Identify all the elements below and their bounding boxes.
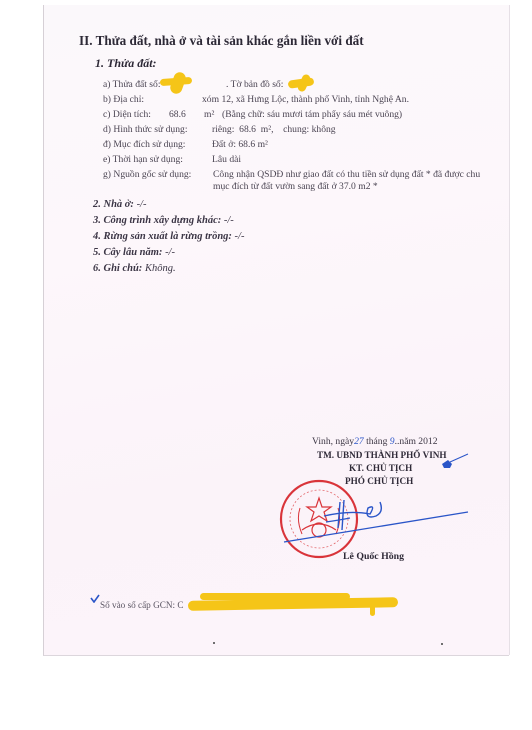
item-perennial-trees: 5. Cây lâu năm: -/-: [93, 247, 175, 258]
redaction-mark: [370, 604, 375, 616]
item-label: 5. Cây lâu năm:: [93, 247, 162, 258]
field-label: c) Diện tích:: [103, 109, 151, 120]
redaction-mark: [200, 593, 350, 600]
role-title-1: KT. CHỦ TỊCH: [349, 463, 412, 473]
checkmark-icon: [90, 594, 100, 603]
item-value: -/-: [137, 199, 147, 210]
scan-speck: [441, 643, 443, 645]
field-label: đ) Mục đích sử dụng:: [103, 139, 185, 150]
section-title: II. Thửa đất, nhà ở và tài sản khác gắn …: [79, 33, 364, 49]
certificate-registry-number-label: Số vào sổ cấp GCN: C: [100, 600, 183, 610]
date-line: Vinh, ngày27 tháng 9..năm 2012: [312, 436, 438, 447]
item-label: 3. Công trình xây dựng khác:: [93, 215, 221, 226]
item-value: -/-: [235, 231, 245, 242]
date-prefix: Vinh, ngày: [312, 436, 354, 447]
field-value: Công nhận QSDĐ như giao đất có thu tiền …: [213, 169, 480, 180]
signer-name: Lê Quốc Hồng: [343, 551, 404, 562]
item-label: 6. Ghi chú:: [93, 263, 142, 274]
field-label: d) Hình thức sử dụng:: [103, 124, 187, 135]
field-label: b) Địa chỉ:: [103, 94, 144, 105]
item-label: 4. Rừng sản xuất là rừng trồng:: [93, 231, 232, 242]
item-other-construction: 3. Công trình xây dựng khác: -/-: [93, 215, 234, 226]
authority-title: TM. UBND THÀNH PHỐ VINH: [317, 450, 447, 460]
field-unit: m²: [204, 109, 214, 120]
field-label: g) Nguồn gốc sử dụng:: [103, 169, 191, 180]
item-value: Không.: [145, 263, 176, 274]
signature-icon: [280, 490, 470, 550]
year-label: năm 2012: [399, 436, 437, 447]
ink-mark-icon: [440, 452, 470, 472]
field-value: riêng: 68.6 m², chung: không: [212, 124, 336, 135]
item-value: -/-: [224, 215, 234, 226]
field-value: 68.6: [169, 109, 186, 120]
scan-speck: [213, 642, 215, 644]
field-value: xóm 12, xã Hưng Lộc, thành phố Vinh, tỉn…: [202, 94, 409, 105]
month-label: tháng: [366, 436, 387, 447]
item-notes: 6. Ghi chú: Không.: [93, 263, 176, 274]
subsection-title: 1. Thửa đất:: [95, 56, 157, 71]
field-value: Lâu dài: [212, 154, 241, 165]
field-label: a) Thửa đất số:: [103, 79, 161, 90]
field-value-line2: mục đích từ đất vườn sang đất ở 37.0 m2 …: [213, 181, 378, 192]
date-day: 27: [354, 436, 364, 447]
item-label: 2. Nhà ở:: [93, 199, 134, 210]
item-house: 2. Nhà ở: -/-: [93, 199, 146, 210]
item-planted-forest: 4. Rừng sản xuất là rừng trồng: -/-: [93, 231, 244, 242]
field-extra-label: . Tờ bản đồ số:: [226, 79, 283, 90]
field-note: (Bằng chữ: sáu mươi tám phẩy sáu mét vuô…: [222, 109, 402, 120]
field-value: Đất ở: 68.6 m²: [212, 139, 268, 150]
item-value: -/-: [165, 247, 175, 258]
field-label: e) Thời hạn sử dụng:: [103, 154, 183, 165]
